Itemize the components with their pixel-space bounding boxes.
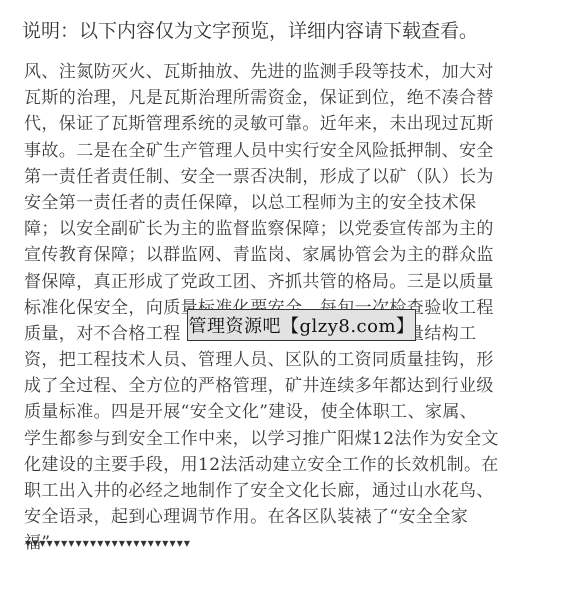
body-line: 障；以安全副矿长为主的监督监察保障；以党委宣传部为主的 [24, 216, 544, 242]
body-line: 职工出入井的必经之地制作了安全文化长廊，通过山水花鸟、 [24, 478, 544, 504]
body-line: 第一责任者责任制、安全一票否决制，形成了以矿（队）长为 [24, 164, 544, 190]
watermark-banner: 管理资源吧【glzy8.com】 [187, 309, 416, 341]
document-body: 风、注氮防灭火、瓦斯抽放、先进的监测手段等技术，加大对 瓦斯的治理，凡是瓦斯治理… [24, 59, 544, 557]
body-line: 代，保证了瓦斯管理系统的灵敏可靠。近年来，未出现过瓦斯 [24, 111, 544, 137]
body-line: 化建设的主要手段，用12法活动建立安全工作的长效机制。在 [24, 452, 544, 478]
body-line: 安全第一责任者的责任保障，以总工程师为主的安全技术保 [24, 190, 544, 216]
body-line: 瓦斯的治理，凡是瓦斯治理所需资金，保证到位，绝不凑合替 [24, 85, 544, 111]
body-line: 事故。二是在全矿生产管理人员中实行安全风险抵押制、安全 [24, 138, 544, 164]
body-line: 资，把工程技术人员、管理人员、区队的工资同质量挂钩，形 [24, 347, 544, 373]
body-line: 宣传教育保障；以群监网、青监岗、家属协管会为主的群众监 [24, 242, 544, 268]
body-line: 成了全过程、全方位的严格管理，矿井连续多年都达到行业级 [24, 373, 544, 399]
body-line: 质量标准。四是开展“安全文化”建设，使全体职工、家属、 [24, 399, 544, 425]
preview-notice: 说明：以下内容仅为文字预览，详细内容请下载查看。 [22, 16, 478, 43]
body-line: 风、注氮防灭火、瓦斯抽放、先进的监测手段等技术，加大对 [24, 59, 544, 85]
body-line: 安全语录，起到心理调节作用。在各区队装裱了“安全全家 [24, 504, 544, 530]
truncation-ellipsis: ▾▾▾▾▾▾▾▾▾▾▾▾▾▾▾▾▾▾▾▾▾▾▾ [25, 537, 191, 549]
body-line: 学生都参与到安全工作中来，以学习推广阳煤12法作为安全文 [24, 426, 544, 452]
body-line: 督保障，真正形成了党政工团、齐抓共管的格局。三是以质量 [24, 269, 544, 295]
